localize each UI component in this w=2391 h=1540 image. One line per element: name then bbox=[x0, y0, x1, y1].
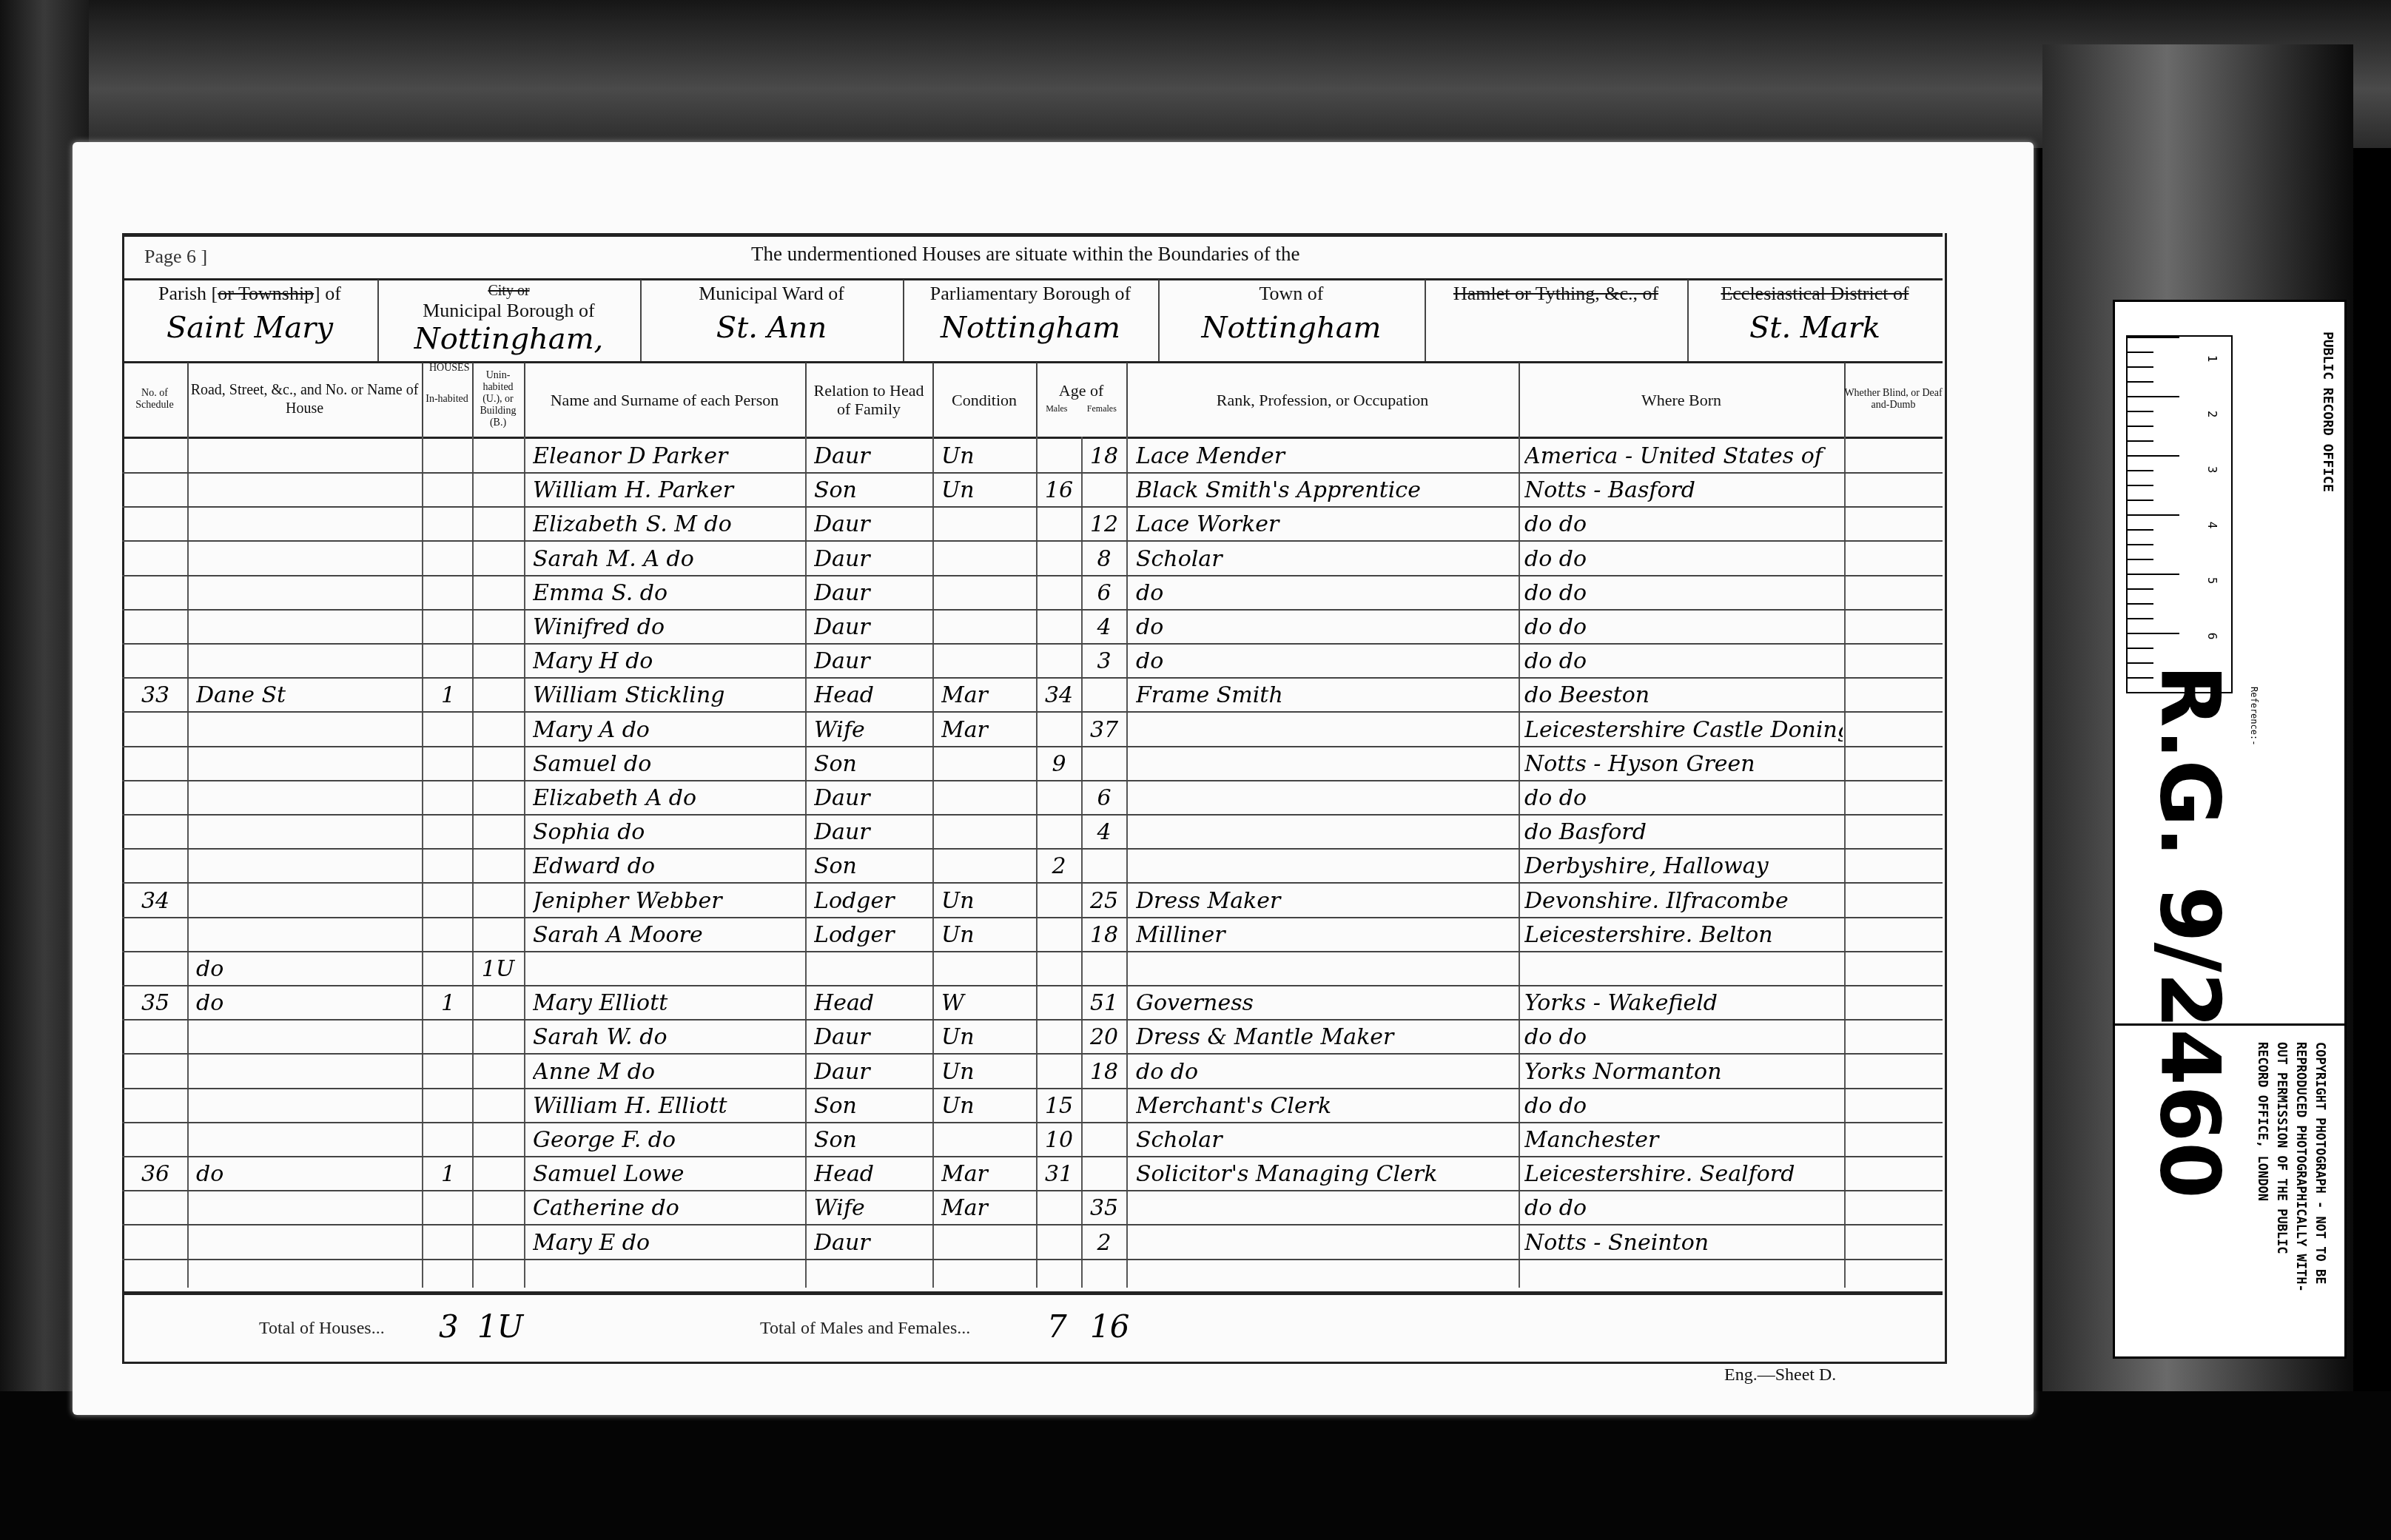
road-cell bbox=[196, 1225, 418, 1259]
area-parish: Parish [or Township] of Saint Mary bbox=[122, 280, 379, 361]
where-born-cell: Yorks - Wakefield bbox=[1524, 985, 1843, 1019]
col-relation: Relation to Head of Family bbox=[805, 363, 934, 437]
condition-cell bbox=[941, 1122, 1034, 1156]
ruler-tick bbox=[2128, 337, 2179, 338]
uninhabited-cell bbox=[474, 712, 522, 746]
ruler-number: 1 bbox=[2205, 355, 2219, 363]
uninhabited-cell bbox=[474, 1054, 522, 1088]
male-age-cell: 15 bbox=[1038, 1088, 1080, 1122]
name-cell: Elizabeth S. M do bbox=[533, 506, 803, 540]
where-born-cell: Notts - Basford bbox=[1524, 472, 1843, 506]
ruler-tick bbox=[2128, 603, 2153, 605]
ruler-tick bbox=[2128, 426, 2153, 427]
where-born-cell: do Beeston bbox=[1524, 677, 1843, 711]
condition-cell bbox=[941, 780, 1034, 814]
total-inhabited: 3 bbox=[439, 1308, 459, 1345]
condition-cell bbox=[941, 814, 1034, 848]
town-value: Nottingham bbox=[1158, 311, 1425, 345]
table-row: 33Dane St1William SticklingHeadMar34Fram… bbox=[122, 677, 1943, 713]
where-born-cell: do do bbox=[1524, 506, 1843, 540]
ruler-tick bbox=[2128, 633, 2179, 634]
occupation-cell: Governess bbox=[1136, 985, 1513, 1019]
schedule-cell bbox=[130, 1225, 181, 1259]
condition-cell bbox=[941, 848, 1034, 882]
male-age-cell bbox=[1038, 609, 1080, 643]
name-cell: Winifred do bbox=[533, 609, 803, 643]
schedule-cell bbox=[130, 506, 181, 540]
schedule-cell bbox=[130, 1190, 181, 1224]
inhabited-cell bbox=[428, 541, 468, 575]
road-cell bbox=[196, 472, 418, 506]
occupation-cell bbox=[1136, 1225, 1513, 1259]
totals-row: Total of Houses... 3 1U Total of Males a… bbox=[122, 1291, 1943, 1365]
name-cell: George F. do bbox=[533, 1122, 803, 1156]
uninhabited-cell bbox=[474, 883, 522, 917]
uninhabited-cell bbox=[474, 1122, 522, 1156]
inhabited-cell bbox=[428, 848, 468, 882]
occupation-cell: Merchant's Clerk bbox=[1136, 1088, 1513, 1122]
male-age-cell bbox=[1038, 985, 1080, 1019]
road-cell: do bbox=[196, 1156, 418, 1190]
area-parliamentary-borough: Parliamentary Borough of Nottingham bbox=[903, 280, 1160, 361]
occupation-cell: do bbox=[1136, 643, 1513, 677]
uninhabited-cell bbox=[474, 575, 522, 609]
ruler-tick bbox=[2128, 485, 2153, 486]
measurement-ruler: 123456 bbox=[2126, 335, 2233, 693]
name-cell: Sarah A Moore bbox=[533, 917, 803, 951]
condition-cell bbox=[941, 746, 1034, 780]
road-cell bbox=[196, 1190, 418, 1224]
uninhabited-cell: 1U bbox=[474, 951, 522, 985]
ruler-number: 3 bbox=[2205, 466, 2219, 474]
road-cell bbox=[196, 848, 418, 882]
schedule-cell bbox=[130, 712, 181, 746]
inhabited-cell bbox=[428, 472, 468, 506]
condition-cell: Un bbox=[941, 1088, 1034, 1122]
relation-cell: Daur bbox=[814, 1019, 929, 1053]
schedule-cell bbox=[130, 1019, 181, 1053]
road-cell: do bbox=[196, 985, 418, 1019]
schedule-cell: 35 bbox=[130, 985, 181, 1019]
area-town: Town of Nottingham bbox=[1158, 280, 1426, 361]
male-age-cell bbox=[1038, 541, 1080, 575]
female-age-cell: 2 bbox=[1083, 1225, 1126, 1259]
male-age-cell bbox=[1038, 883, 1080, 917]
inhabited-cell bbox=[428, 609, 468, 643]
table-row: Sarah W. doDaurUn20Dress & Mantle Makerd… bbox=[122, 1019, 1943, 1055]
uninhabited-cell bbox=[474, 1190, 522, 1224]
ruler-number: 6 bbox=[2205, 633, 2219, 640]
relation-cell: Daur bbox=[814, 1054, 929, 1088]
schedule-cell: 34 bbox=[130, 883, 181, 917]
female-age-cell: 8 bbox=[1083, 541, 1126, 575]
condition-cell: Un bbox=[941, 883, 1034, 917]
occupation-cell bbox=[1136, 1190, 1513, 1224]
where-born-cell: do do bbox=[1524, 643, 1843, 677]
occupation-cell bbox=[1136, 746, 1513, 780]
relation-cell: Son bbox=[814, 1088, 929, 1122]
male-age-cell bbox=[1038, 712, 1080, 746]
ruler-tick bbox=[2128, 500, 2153, 501]
male-age-cell bbox=[1038, 575, 1080, 609]
female-age-cell: 18 bbox=[1083, 438, 1126, 472]
uninhabited-cell bbox=[474, 848, 522, 882]
table-row: Mary E doDaur2Notts - Sneinton bbox=[122, 1225, 1943, 1260]
female-age-cell: 51 bbox=[1083, 985, 1126, 1019]
name-cell: Sarah W. do bbox=[533, 1019, 803, 1053]
road-cell bbox=[196, 780, 418, 814]
male-age-cell bbox=[1038, 814, 1080, 848]
condition-cell bbox=[941, 541, 1034, 575]
area-municipal-ward: Municipal Ward of St. Ann bbox=[640, 280, 904, 361]
relation-cell: Daur bbox=[814, 780, 929, 814]
female-age-cell: 4 bbox=[1083, 814, 1126, 848]
female-age-cell bbox=[1083, 951, 1126, 985]
condition-cell: Mar bbox=[941, 1190, 1034, 1224]
scan-background-top bbox=[0, 0, 2391, 148]
where-born-cell: do Basford bbox=[1524, 814, 1843, 848]
table-row: Elizabeth S. M doDaur12Lace Workerdo do bbox=[122, 506, 1943, 542]
occupation-cell: do do bbox=[1136, 1054, 1513, 1088]
col-condition: Condition bbox=[932, 363, 1038, 437]
male-age-cell: 34 bbox=[1038, 677, 1080, 711]
where-born-cell: do do bbox=[1524, 609, 1843, 643]
name-cell: Elizabeth A do bbox=[533, 780, 803, 814]
ruler-number: 4 bbox=[2205, 522, 2219, 529]
road-cell bbox=[196, 814, 418, 848]
condition-cell: Un bbox=[941, 472, 1034, 506]
condition-cell bbox=[941, 609, 1034, 643]
condition-cell: Un bbox=[941, 438, 1034, 472]
female-age-cell: 4 bbox=[1083, 609, 1126, 643]
table-row: do1U bbox=[122, 951, 1943, 986]
schedule-cell bbox=[130, 780, 181, 814]
borough-value: Nottingham, bbox=[377, 322, 640, 356]
ruler-number: 2 bbox=[2205, 411, 2219, 418]
road-cell bbox=[196, 609, 418, 643]
ruler-tick bbox=[2128, 396, 2179, 397]
name-cell: Catherine do bbox=[533, 1190, 803, 1224]
occupation-cell: Lace Mender bbox=[1136, 438, 1513, 472]
road-cell bbox=[196, 917, 418, 951]
occupation-cell bbox=[1136, 814, 1513, 848]
ruler-tick bbox=[2128, 411, 2153, 412]
where-born-cell: Derbyshire, Halloway bbox=[1524, 848, 1843, 882]
condition-cell: W bbox=[941, 985, 1034, 1019]
male-age-cell: 10 bbox=[1038, 1122, 1080, 1156]
schedule-cell bbox=[130, 1088, 181, 1122]
condition-cell bbox=[941, 951, 1034, 985]
male-age-cell: 2 bbox=[1038, 848, 1080, 882]
ecclesiastical-value: St. Mark bbox=[1687, 311, 1943, 345]
table-row: Elizabeth A doDaur6do do bbox=[122, 780, 1943, 816]
table-row: Eleanor D ParkerDaurUn18Lace MenderAmeri… bbox=[122, 438, 1943, 474]
inhabited-cell bbox=[428, 814, 468, 848]
occupation-cell bbox=[1136, 712, 1513, 746]
ruler-tick bbox=[2128, 514, 2179, 516]
uninhabited-cell bbox=[474, 1019, 522, 1053]
uninhabited-cell bbox=[474, 506, 522, 540]
name-cell bbox=[533, 951, 803, 985]
condition-cell: Mar bbox=[941, 677, 1034, 711]
male-age-cell bbox=[1038, 1190, 1080, 1224]
road-cell: do bbox=[196, 951, 418, 985]
uninhabited-cell bbox=[474, 541, 522, 575]
occupation-cell: Solicitor's Managing Clerk bbox=[1136, 1156, 1513, 1190]
schedule-cell bbox=[130, 951, 181, 985]
name-cell: Sophia do bbox=[533, 814, 803, 848]
table-row: Mary H doDaur3dodo do bbox=[122, 643, 1943, 679]
inhabited-cell bbox=[428, 575, 468, 609]
col-schedule: No. of Schedule bbox=[122, 363, 189, 437]
table-row: Edward doSon2Derbyshire, Halloway bbox=[122, 848, 1943, 884]
road-cell bbox=[196, 1088, 418, 1122]
table-row: Emma S. doDaur6dodo do bbox=[122, 575, 1943, 611]
uninhabited-cell bbox=[474, 1225, 522, 1259]
where-born-cell: do do bbox=[1524, 1019, 1843, 1053]
road-cell bbox=[196, 438, 418, 472]
ruler-tick bbox=[2128, 529, 2153, 531]
relation-cell: Lodger bbox=[814, 917, 929, 951]
relation-cell: Daur bbox=[814, 506, 929, 540]
total-females: 16 bbox=[1090, 1308, 1129, 1345]
parish-value: Saint Mary bbox=[122, 311, 377, 345]
schedule-cell bbox=[130, 609, 181, 643]
name-cell: William H. Parker bbox=[533, 472, 803, 506]
relation-cell: Son bbox=[814, 848, 929, 882]
ruler-tick bbox=[2128, 559, 2153, 560]
total-houses-label: Total of Houses... bbox=[259, 1319, 385, 1339]
road-cell: Dane St bbox=[196, 677, 418, 711]
total-males: 7 bbox=[1047, 1308, 1067, 1345]
occupation-cell: Dress & Mantle Maker bbox=[1136, 1019, 1513, 1053]
area-hamlet: Hamlet or Tything, &c., of bbox=[1425, 280, 1689, 361]
relation-cell: Daur bbox=[814, 575, 929, 609]
inhabited-cell bbox=[428, 1190, 468, 1224]
road-cell bbox=[196, 1054, 418, 1088]
area-ecclesiastical: Ecclesiastical District of St. Mark bbox=[1687, 280, 1943, 361]
road-cell bbox=[196, 712, 418, 746]
ruler-tick bbox=[2128, 470, 2153, 471]
relation-cell: Wife bbox=[814, 712, 929, 746]
road-cell bbox=[196, 575, 418, 609]
inhabited-cell bbox=[428, 780, 468, 814]
male-age-cell bbox=[1038, 438, 1080, 472]
copyright-notice: COPYRIGHT PHOTOGRAPH - NOT TO BE REPRODU… bbox=[2253, 1042, 2330, 1292]
female-age-cell: 6 bbox=[1083, 575, 1126, 609]
ruler-tick bbox=[2128, 366, 2153, 368]
relation-cell: Son bbox=[814, 746, 929, 780]
uninhabited-cell bbox=[474, 677, 522, 711]
schedule-cell bbox=[130, 1122, 181, 1156]
female-age-cell: 35 bbox=[1083, 1190, 1126, 1224]
inhabited-cell bbox=[428, 506, 468, 540]
road-cell bbox=[196, 506, 418, 540]
ruler-tick bbox=[2128, 381, 2153, 383]
name-cell: Mary A do bbox=[533, 712, 803, 746]
where-born-cell: Manchester bbox=[1524, 1122, 1843, 1156]
relation-cell bbox=[814, 951, 929, 985]
where-born-cell: do do bbox=[1524, 541, 1843, 575]
uninhabited-cell bbox=[474, 1156, 522, 1190]
relation-cell: Daur bbox=[814, 643, 929, 677]
inhabited-cell bbox=[428, 1054, 468, 1088]
uninhabited-cell bbox=[474, 1088, 522, 1122]
occupation-cell: do bbox=[1136, 575, 1513, 609]
condition-cell: Mar bbox=[941, 712, 1034, 746]
total-persons-label: Total of Males and Females... bbox=[760, 1319, 970, 1339]
col-occupation: Rank, Profession, or Occupation bbox=[1126, 363, 1520, 437]
where-born-cell: Leicestershire. Sealford bbox=[1524, 1156, 1843, 1190]
female-age-cell: 12 bbox=[1083, 506, 1126, 540]
parliamentary-value: Nottingham bbox=[903, 311, 1158, 345]
ruler-tick bbox=[2128, 352, 2153, 353]
relation-cell: Son bbox=[814, 1122, 929, 1156]
female-age-cell: 18 bbox=[1083, 917, 1126, 951]
female-age-cell bbox=[1083, 472, 1126, 506]
road-cell bbox=[196, 883, 418, 917]
table-row: Sophia doDaur4do Basford bbox=[122, 814, 1943, 850]
table-row: Samuel doSon9Notts - Hyson Green bbox=[122, 746, 1943, 781]
ruler-tick bbox=[2128, 455, 2179, 457]
occupation-cell: Milliner bbox=[1136, 917, 1513, 951]
female-age-cell: 3 bbox=[1083, 643, 1126, 677]
male-age-cell bbox=[1038, 780, 1080, 814]
total-uninhabited: 1U bbox=[477, 1308, 523, 1345]
reference-label: Reference:- bbox=[2249, 687, 2259, 745]
col-blind-deaf: Whether Blind, or Deaf and-Dumb bbox=[1844, 363, 1943, 437]
relation-cell: Daur bbox=[814, 814, 929, 848]
inhabited-cell: 1 bbox=[428, 985, 468, 1019]
uninhabited-cell bbox=[474, 438, 522, 472]
condition-cell bbox=[941, 643, 1034, 677]
relation-cell: Head bbox=[814, 1156, 929, 1190]
uninhabited-cell bbox=[474, 917, 522, 951]
col-inhabited: HOUSESIn-habited bbox=[422, 363, 474, 437]
ruler-tick bbox=[2128, 544, 2153, 545]
schedule-cell: 36 bbox=[130, 1156, 181, 1190]
female-age-cell: 37 bbox=[1083, 712, 1126, 746]
occupation-cell bbox=[1136, 848, 1513, 882]
schedule-cell bbox=[130, 746, 181, 780]
inhabited-cell bbox=[428, 883, 468, 917]
occupation-cell: Black Smith's Apprentice bbox=[1136, 472, 1513, 506]
boundaries-heading: The undermentioned Houses are situate wi… bbox=[751, 243, 1300, 266]
name-cell: Edward do bbox=[533, 848, 803, 882]
occupation-cell: do bbox=[1136, 609, 1513, 643]
uninhabited-cell bbox=[474, 472, 522, 506]
schedule-cell bbox=[130, 438, 181, 472]
ruler-tick bbox=[2128, 618, 2153, 619]
female-age-cell bbox=[1083, 1122, 1126, 1156]
ruler-number: 5 bbox=[2205, 577, 2219, 585]
area-municipal-borough: City or Municipal Borough of Nottingham, bbox=[377, 280, 642, 361]
road-cell bbox=[196, 1122, 418, 1156]
ruler-tick bbox=[2128, 648, 2153, 649]
occupation-cell: Lace Worker bbox=[1136, 506, 1513, 540]
female-age-cell: 20 bbox=[1083, 1019, 1126, 1053]
male-age-cell bbox=[1038, 1225, 1080, 1259]
table-row: William H. ElliottSonUn15Merchant's Cler… bbox=[122, 1088, 1943, 1123]
where-born-cell: do do bbox=[1524, 780, 1843, 814]
name-cell: Samuel Lowe bbox=[533, 1156, 803, 1190]
inhabited-cell: 1 bbox=[428, 1156, 468, 1190]
female-age-cell: 25 bbox=[1083, 883, 1126, 917]
relation-cell: Head bbox=[814, 677, 929, 711]
male-age-cell bbox=[1038, 506, 1080, 540]
where-born-cell: Leicestershire. Belton bbox=[1524, 917, 1843, 951]
condition-cell bbox=[941, 506, 1034, 540]
female-age-cell bbox=[1083, 677, 1126, 711]
male-age-cell bbox=[1038, 1019, 1080, 1053]
name-cell: Sarah M. A do bbox=[533, 541, 803, 575]
name-cell: William Stickling bbox=[533, 677, 803, 711]
inhabited-cell bbox=[428, 1088, 468, 1122]
where-born-cell: Notts - Sneinton bbox=[1524, 1225, 1843, 1259]
card-divider bbox=[2115, 1023, 2344, 1026]
where-born-cell: do do bbox=[1524, 575, 1843, 609]
occupation-cell bbox=[1136, 951, 1513, 985]
table-row: Sarah M. A doDaur8Scholardo do bbox=[122, 541, 1943, 576]
female-age-cell: 18 bbox=[1083, 1054, 1126, 1088]
male-age-cell bbox=[1038, 951, 1080, 985]
uninhabited-cell bbox=[474, 985, 522, 1019]
archive-reference-card: 123456 PUBLIC RECORD OFFICE Reference:- … bbox=[2113, 300, 2347, 1359]
where-born-cell: Yorks Normanton bbox=[1524, 1054, 1843, 1088]
table-row: 34Jenipher WebberLodgerUn25Dress MakerDe… bbox=[122, 883, 1943, 918]
where-born-cell: Devonshire. Ilfracombe bbox=[1524, 883, 1843, 917]
table-row: Sarah A MooreLodgerUn18MillinerLeicester… bbox=[122, 917, 1943, 952]
ward-value: St. Ann bbox=[640, 311, 903, 345]
name-cell: Mary H do bbox=[533, 643, 803, 677]
name-cell: William H. Elliott bbox=[533, 1088, 803, 1122]
inhabited-cell bbox=[428, 712, 468, 746]
sheet-label: Eng.—Sheet D. bbox=[1724, 1365, 1836, 1385]
ruler-tick bbox=[2128, 588, 2153, 590]
where-born-cell: Leicestershire Castle Donington bbox=[1524, 712, 1843, 746]
col-uninhabited: Unin-habited (U.), or Building (B.) bbox=[472, 363, 525, 437]
name-cell: Anne M do bbox=[533, 1054, 803, 1088]
schedule-cell bbox=[130, 814, 181, 848]
name-cell: Jenipher Webber bbox=[533, 883, 803, 917]
road-cell bbox=[196, 746, 418, 780]
inhabited-cell bbox=[428, 951, 468, 985]
relation-cell: Wife bbox=[814, 1190, 929, 1224]
table-row: Mary A doWifeMar37Leicestershire Castle … bbox=[122, 712, 1943, 747]
relation-cell: Daur bbox=[814, 1225, 929, 1259]
inhabited-cell bbox=[428, 643, 468, 677]
condition-cell bbox=[941, 1225, 1034, 1259]
relation-cell: Lodger bbox=[814, 883, 929, 917]
col-name: Name and Surname of each Person bbox=[524, 363, 807, 437]
female-age-cell bbox=[1083, 848, 1126, 882]
uninhabited-cell bbox=[474, 746, 522, 780]
ruler-tick bbox=[2128, 574, 2179, 575]
female-age-cell bbox=[1083, 1156, 1126, 1190]
name-cell: Eleanor D Parker bbox=[533, 438, 803, 472]
male-age-cell bbox=[1038, 643, 1080, 677]
condition-cell: Un bbox=[941, 1019, 1034, 1053]
schedule-cell bbox=[130, 643, 181, 677]
road-cell bbox=[196, 541, 418, 575]
condition-cell: Mar bbox=[941, 1156, 1034, 1190]
record-office-name: PUBLIC RECORD OFFICE bbox=[2320, 332, 2335, 492]
road-cell bbox=[196, 1019, 418, 1053]
schedule-cell bbox=[130, 575, 181, 609]
page-number: Page 6 ] bbox=[144, 246, 207, 268]
relation-cell: Daur bbox=[814, 438, 929, 472]
inhabited-cell bbox=[428, 1122, 468, 1156]
